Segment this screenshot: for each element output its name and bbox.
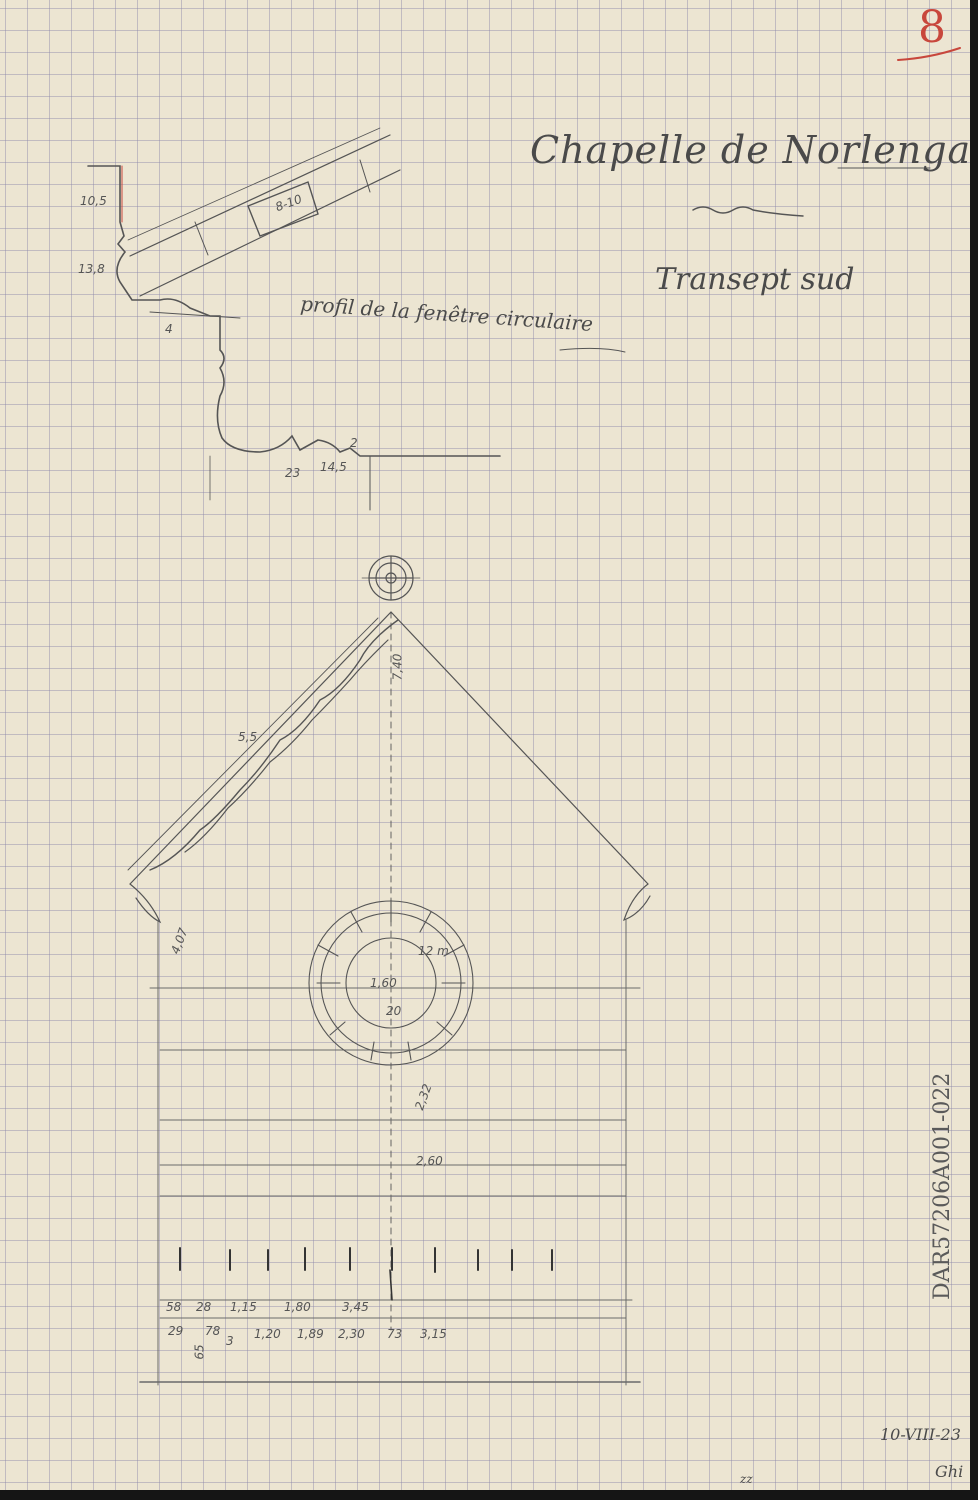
page-number: 8 (918, 2, 946, 53)
course-dim: 78 (205, 1324, 220, 1338)
course-dim: 58 (166, 1300, 181, 1314)
author-initials: Ghi (935, 1462, 963, 1481)
course-dim: 3,45 (342, 1300, 369, 1314)
dim-label: 23 (285, 466, 300, 480)
drawing-date: 10-VIII-23 (880, 1425, 961, 1444)
architectural-drawing (0, 0, 978, 1500)
course-dim: 2,30 (338, 1327, 365, 1341)
course-dim: 3 (226, 1334, 234, 1348)
course-dim: 65 (193, 1344, 207, 1359)
window-ring-label: 12 m (418, 944, 449, 958)
course-dim: 29 (168, 1324, 183, 1338)
dim-label: 4 (165, 322, 173, 336)
gable-elevation (128, 612, 650, 1330)
drawing-title: Chapelle de Norlenga (530, 128, 971, 172)
dim-label: 2 (350, 436, 358, 450)
window-center-label: 20 (386, 1004, 401, 1018)
dim-label: 14,5 (320, 460, 347, 474)
course-dim: 3,15 (420, 1327, 447, 1341)
window-diameter-label: 1,60 (370, 976, 397, 990)
archive-reference: DAR57206A001-022 (930, 1073, 955, 1300)
bottom-mark: zz (740, 1472, 753, 1486)
course-dim: 1,15 (230, 1300, 257, 1314)
apex-cross-ornament (362, 556, 420, 600)
title-flourish (693, 207, 803, 216)
roof-slope-label: 5,5 (238, 730, 257, 744)
course-dim: 73 (387, 1327, 402, 1341)
gable-height-label: 7,40 (390, 654, 404, 681)
dim-label: 10,5 (80, 194, 107, 208)
course-dim: 1,80 (284, 1300, 311, 1314)
course-dim: 1,89 (297, 1327, 324, 1341)
course-dim: 28 (196, 1300, 211, 1314)
lower-height-label: 2,60 (416, 1154, 443, 1168)
dim-label: 13,8 (78, 262, 105, 276)
course-dim: 1,20 (254, 1327, 281, 1341)
drawing-subtitle: Transept sud (655, 262, 854, 297)
